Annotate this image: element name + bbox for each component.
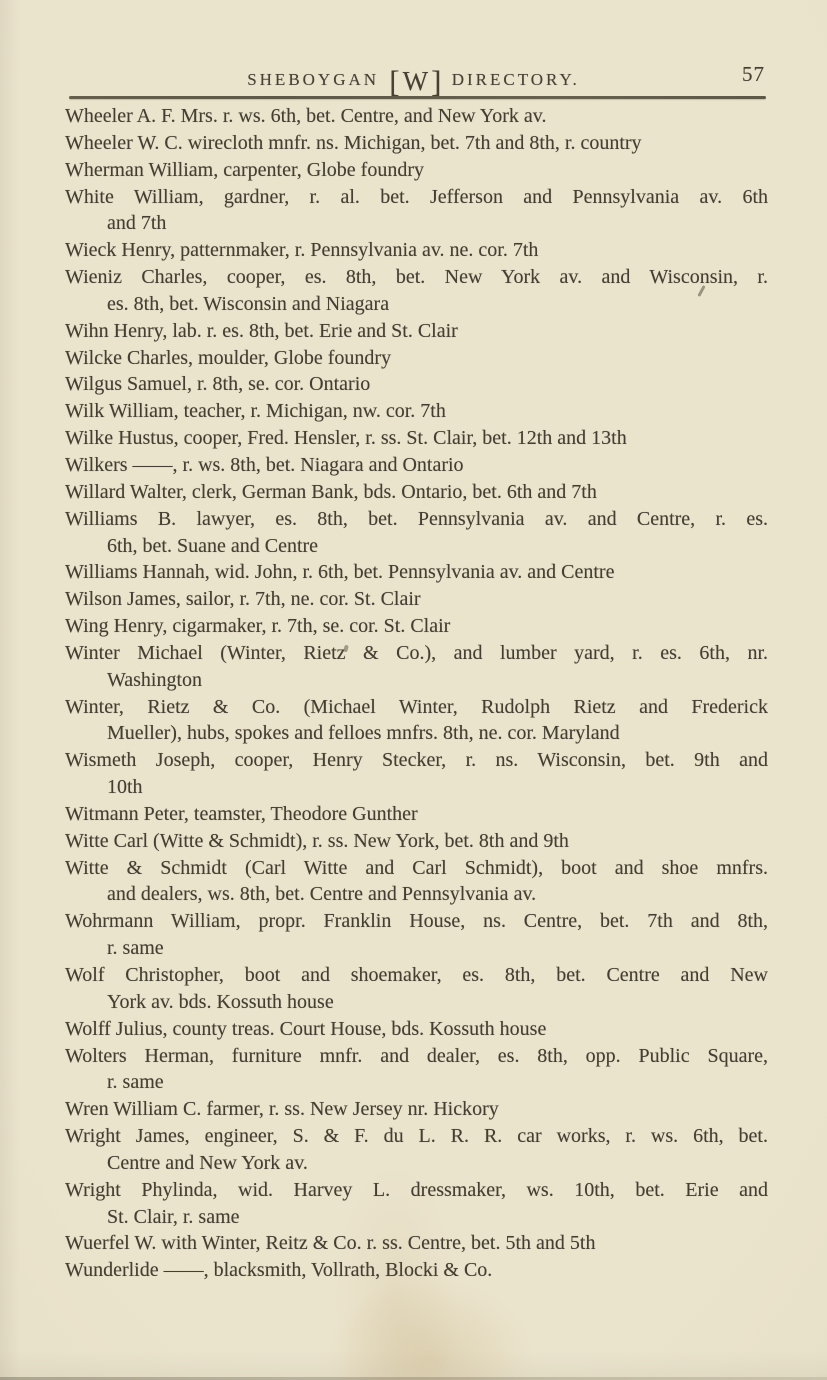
directory-entry: Wheeler W. C. wirecloth mnfr. ns. Michig…	[65, 130, 768, 157]
entry-first-line: Witte Carl (Witte & Schmidt), r. ss. New…	[65, 828, 768, 855]
entry-first-line: Wieniz Charles, cooper, es. 8th, bet. Ne…	[65, 264, 768, 291]
directory-entry: Wilcke Charles, moulder, Globe foundry	[65, 345, 768, 372]
entry-first-line: Wuerfel W. with Winter, Reitz & Co. r. s…	[65, 1230, 768, 1257]
directory-entry: Wheeler A. F. Mrs. r. ws. 6th, bet. Cent…	[65, 103, 768, 130]
entry-continuation-line: Mueller), hubs, spokes and felloes mnfrs…	[65, 720, 768, 747]
entry-first-line: Wright James, engineer, S. & F. du L. R.…	[65, 1123, 768, 1150]
directory-entry: Wing Henry, cigarmaker, r. 7th, se. cor.…	[65, 613, 768, 640]
entry-first-line: Williams B. lawyer, es. 8th, bet. Pennsy…	[65, 506, 768, 533]
directory-entry: Wihn Henry, lab. r. es. 8th, bet. Erie a…	[65, 318, 768, 345]
directory-entry: Wilk William, teacher, r. Michigan, nw. …	[65, 398, 768, 425]
entry-first-line: Wolff Julius, county treas. Court House,…	[65, 1016, 768, 1043]
entry-first-line: Wheeler A. F. Mrs. r. ws. 6th, bet. Cent…	[65, 103, 768, 130]
directory-entry: Witte & Schmidt (Carl Witte and Carl Sch…	[65, 855, 768, 909]
entry-first-line: White William, gardner, r. al. bet. Jeff…	[65, 184, 768, 211]
page-header: SHEBOYGAN [W] DIRECTORY. 57	[0, 56, 827, 100]
entry-first-line: Wolters Herman, furniture mnfr. and deal…	[65, 1043, 768, 1070]
running-title-city: SHEBOYGAN	[247, 70, 379, 89]
directory-entry: Wismeth Joseph, cooper, Henry Stecker, r…	[65, 747, 768, 801]
directory-page: SHEBOYGAN [W] DIRECTORY. 57 Wheeler A. F…	[0, 0, 827, 1380]
entry-first-line: Wunderlide ——, blacksmith, Vollrath, Blo…	[65, 1257, 768, 1284]
entry-first-line: Wilcke Charles, moulder, Globe foundry	[65, 345, 768, 372]
entry-first-line: Wilson James, sailor, r. 7th, ne. cor. S…	[65, 586, 768, 613]
directory-entry: Wolters Herman, furniture mnfr. and deal…	[65, 1043, 768, 1097]
directory-entry: Wieniz Charles, cooper, es. 8th, bet. Ne…	[65, 264, 768, 318]
entry-first-line: Wherman William, carpenter, Globe foundr…	[65, 157, 768, 184]
running-title: SHEBOYGAN [W] DIRECTORY.	[0, 64, 827, 100]
entry-first-line: Wihn Henry, lab. r. es. 8th, bet. Erie a…	[65, 318, 768, 345]
directory-entry: Wherman William, carpenter, Globe foundr…	[65, 157, 768, 184]
entry-first-line: Winter, Rietz & Co. (Michael Winter, Rud…	[65, 694, 768, 721]
entry-first-line: Wolf Christopher, boot and shoemaker, es…	[65, 962, 768, 989]
directory-entry: Wilke Hustus, cooper, Fred. Hensler, r. …	[65, 425, 768, 452]
directory-entry: Williams B. lawyer, es. 8th, bet. Pennsy…	[65, 506, 768, 560]
directory-entry: Wolff Julius, county treas. Court House,…	[65, 1016, 768, 1043]
entry-continuation-line: es. 8th, bet. Wisconsin and Niagara	[65, 291, 768, 318]
directory-entry: Wolf Christopher, boot and shoemaker, es…	[65, 962, 768, 1016]
directory-entry: Witte Carl (Witte & Schmidt), r. ss. New…	[65, 828, 768, 855]
directory-entry: Wuerfel W. with Winter, Reitz & Co. r. s…	[65, 1230, 768, 1257]
directory-entry: Williams Hannah, wid. John, r. 6th, bet.…	[65, 559, 768, 586]
entry-first-line: Wismeth Joseph, cooper, Henry Stecker, r…	[65, 747, 768, 774]
entry-first-line: Witmann Peter, teamster, Theodore Gunthe…	[65, 801, 768, 828]
section-letter: W	[403, 66, 428, 96]
entry-continuation-line: Washington	[65, 667, 768, 694]
entry-first-line: Wohrmann William, propr. Franklin House,…	[65, 908, 768, 935]
entry-first-line: Winter Michael (Winter, Rietz & Co.), an…	[65, 640, 768, 667]
directory-entry: White William, gardner, r. al. bet. Jeff…	[65, 184, 768, 238]
directory-entry: Wright Phylinda, wid. Harvey L. dressmak…	[65, 1177, 768, 1231]
entry-continuation-line: and 7th	[65, 210, 768, 237]
bracket-close: ]	[428, 64, 444, 99]
entry-first-line: Witte & Schmidt (Carl Witte and Carl Sch…	[65, 855, 768, 882]
directory-entry: Wohrmann William, propr. Franklin House,…	[65, 908, 768, 962]
entry-continuation-line: and dealers, ws. 8th, bet. Centre and Pe…	[65, 881, 768, 908]
entry-first-line: Wright Phylinda, wid. Harvey L. dressmak…	[65, 1177, 768, 1204]
directory-entry: Winter, Rietz & Co. (Michael Winter, Rud…	[65, 694, 768, 748]
directory-entry: Winter Michael (Winter, Rietz & Co.), an…	[65, 640, 768, 694]
entry-first-line: Wilgus Samuel, r. 8th, se. cor. Ontario	[65, 371, 768, 398]
entry-continuation-line: Centre and New York av.	[65, 1150, 768, 1177]
entry-first-line: Wilkers ——, r. ws. 8th, bet. Niagara and…	[65, 452, 768, 479]
entry-continuation-line: St. Clair, r. same	[65, 1204, 768, 1231]
directory-list: Wheeler A. F. Mrs. r. ws. 6th, bet. Cent…	[65, 103, 768, 1284]
entry-continuation-line: r. same	[65, 1069, 768, 1096]
entry-first-line: Wheeler W. C. wirecloth mnfr. ns. Michig…	[65, 130, 768, 157]
directory-entry: Wilgus Samuel, r. 8th, se. cor. Ontario	[65, 371, 768, 398]
page-number: 57	[742, 62, 765, 87]
entry-first-line: Williams Hannah, wid. John, r. 6th, bet.…	[65, 559, 768, 586]
entry-continuation-line: r. same	[65, 935, 768, 962]
directory-entry: Willard Walter, clerk, German Bank, bds.…	[65, 479, 768, 506]
header-rule	[69, 96, 766, 99]
entry-first-line: Wilke Hustus, cooper, Fred. Hensler, r. …	[65, 425, 768, 452]
directory-entry: Wilson James, sailor, r. 7th, ne. cor. S…	[65, 586, 768, 613]
directory-entry: Wren William C. farmer, r. ss. New Jerse…	[65, 1096, 768, 1123]
entry-continuation-line: York av. bds. Kossuth house	[65, 989, 768, 1016]
directory-entry: Wright James, engineer, S. & F. du L. R.…	[65, 1123, 768, 1177]
entry-continuation-line: 10th	[65, 774, 768, 801]
entry-first-line: Wing Henry, cigarmaker, r. 7th, se. cor.…	[65, 613, 768, 640]
running-title-word: DIRECTORY.	[452, 70, 580, 89]
directory-entry: Wunderlide ——, blacksmith, Vollrath, Blo…	[65, 1257, 768, 1284]
entry-first-line: Wilk William, teacher, r. Michigan, nw. …	[65, 398, 768, 425]
directory-entry: Witmann Peter, teamster, Theodore Gunthe…	[65, 801, 768, 828]
bracket-open: [	[386, 64, 402, 99]
entry-continuation-line: 6th, bet. Suane and Centre	[65, 533, 768, 560]
directory-entry: Wilkers ——, r. ws. 8th, bet. Niagara and…	[65, 452, 768, 479]
entry-first-line: Wren William C. farmer, r. ss. New Jerse…	[65, 1096, 768, 1123]
entry-first-line: Willard Walter, clerk, German Bank, bds.…	[65, 479, 768, 506]
directory-entry: Wieck Henry, patternmaker, r. Pennsylvan…	[65, 237, 768, 264]
entry-first-line: Wieck Henry, patternmaker, r. Pennsylvan…	[65, 237, 768, 264]
